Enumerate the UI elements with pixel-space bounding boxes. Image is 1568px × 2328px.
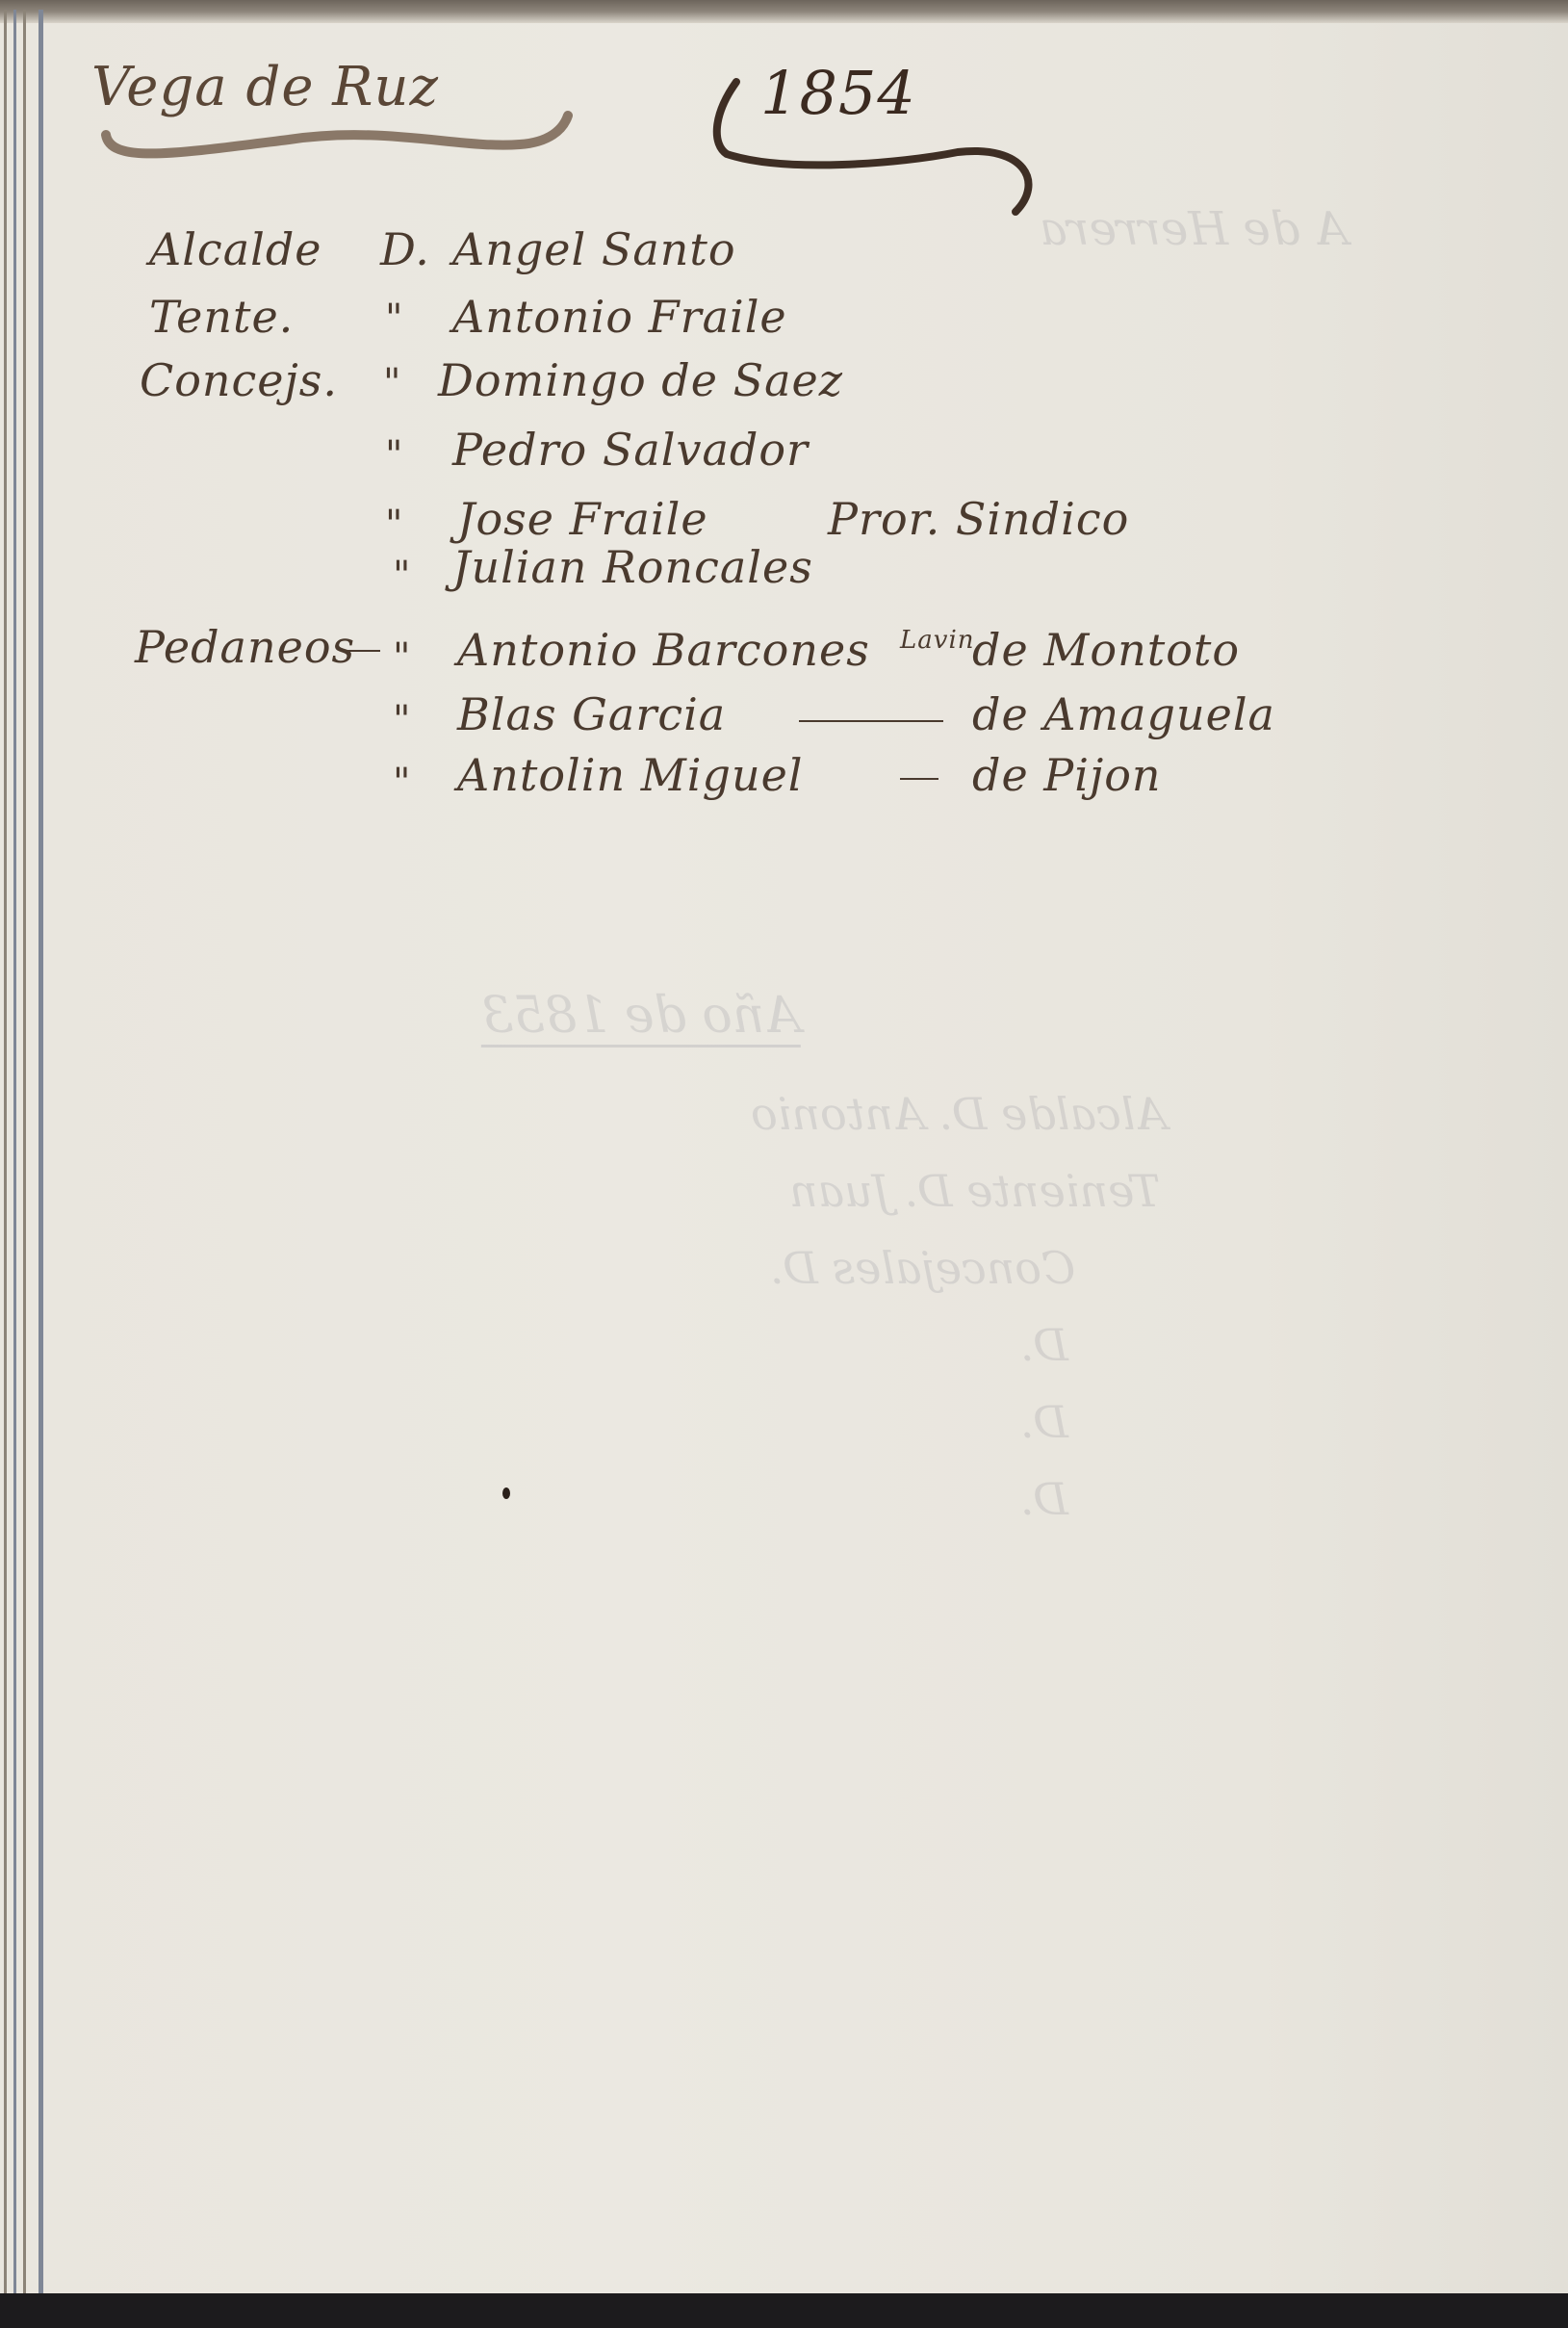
page-edge-line <box>23 10 26 2293</box>
bleed-through-heading: Año de 1853 <box>481 987 801 1048</box>
ditto-mark: " <box>385 433 403 478</box>
official-name: Jose Fraile <box>457 493 708 545</box>
dash-rule <box>900 778 938 780</box>
pedaneo-name: Blas Garcia <box>457 688 726 740</box>
ditto-mark: " <box>385 297 403 341</box>
official-name: Angel Santo <box>452 223 736 275</box>
pedaneo-name: Antonio Barcones <box>457 624 870 676</box>
bleed-through-line: D. <box>1020 1319 1068 1371</box>
ditto-mark: " <box>393 554 411 598</box>
official-name: Domingo de Saez <box>438 354 843 406</box>
pedaneo-place: de Amaguela <box>972 688 1275 740</box>
bleed-through-text: A de Herrera <box>1040 202 1348 256</box>
heading-underline-flourish <box>96 96 578 183</box>
page-edge-line <box>13 10 16 2293</box>
pedaneo-abbr: Lavin <box>900 626 975 655</box>
ink-spot <box>502 1487 510 1499</box>
official-name: Antonio Fraile <box>452 291 787 343</box>
bleed-through-line: D. <box>1020 1473 1068 1525</box>
stacked-page-edges <box>0 10 52 2293</box>
ditto-mark: " <box>393 635 411 680</box>
pedaneo-name: Antolin Miguel <box>457 749 804 801</box>
official-prefix: D. <box>380 223 430 275</box>
pedaneo-place: de Montoto <box>972 624 1240 676</box>
pedaneo-place: de Pijon <box>972 749 1162 801</box>
pedaneos-label: Pedaneos <box>135 621 355 673</box>
manuscript-page: A de Herrera Año de 1853 Alcalde D. Anto… <box>0 0 1568 2293</box>
ditto-mark: " <box>393 698 411 742</box>
year-bracket-flourish <box>707 77 1064 221</box>
page-edge-line <box>4 10 7 2293</box>
ditto-mark: " <box>383 361 401 405</box>
bleed-through-line: Alcalde D. Antonio <box>751 1088 1168 1140</box>
bleed-through-line: Teniente D. Juan <box>789 1165 1160 1217</box>
role-label: Tente. <box>149 291 294 343</box>
page-edge-line <box>39 10 43 2293</box>
official-note: Pror. Sindico <box>828 493 1129 545</box>
ditto-mark: " <box>393 761 411 805</box>
role-label: Concejs. <box>140 354 338 406</box>
role-label: Alcalde <box>149 223 322 275</box>
official-name: Julian Roncales <box>452 541 813 593</box>
bleed-through-line: D. <box>1020 1396 1068 1448</box>
bleed-through-line: Concejales D. <box>770 1242 1075 1294</box>
ditto-mark: " <box>385 503 403 547</box>
official-name: Pedro Salvador <box>452 424 809 476</box>
dash-rule <box>799 720 943 722</box>
page-top-edge <box>0 0 1568 23</box>
dash-rule <box>342 650 380 652</box>
